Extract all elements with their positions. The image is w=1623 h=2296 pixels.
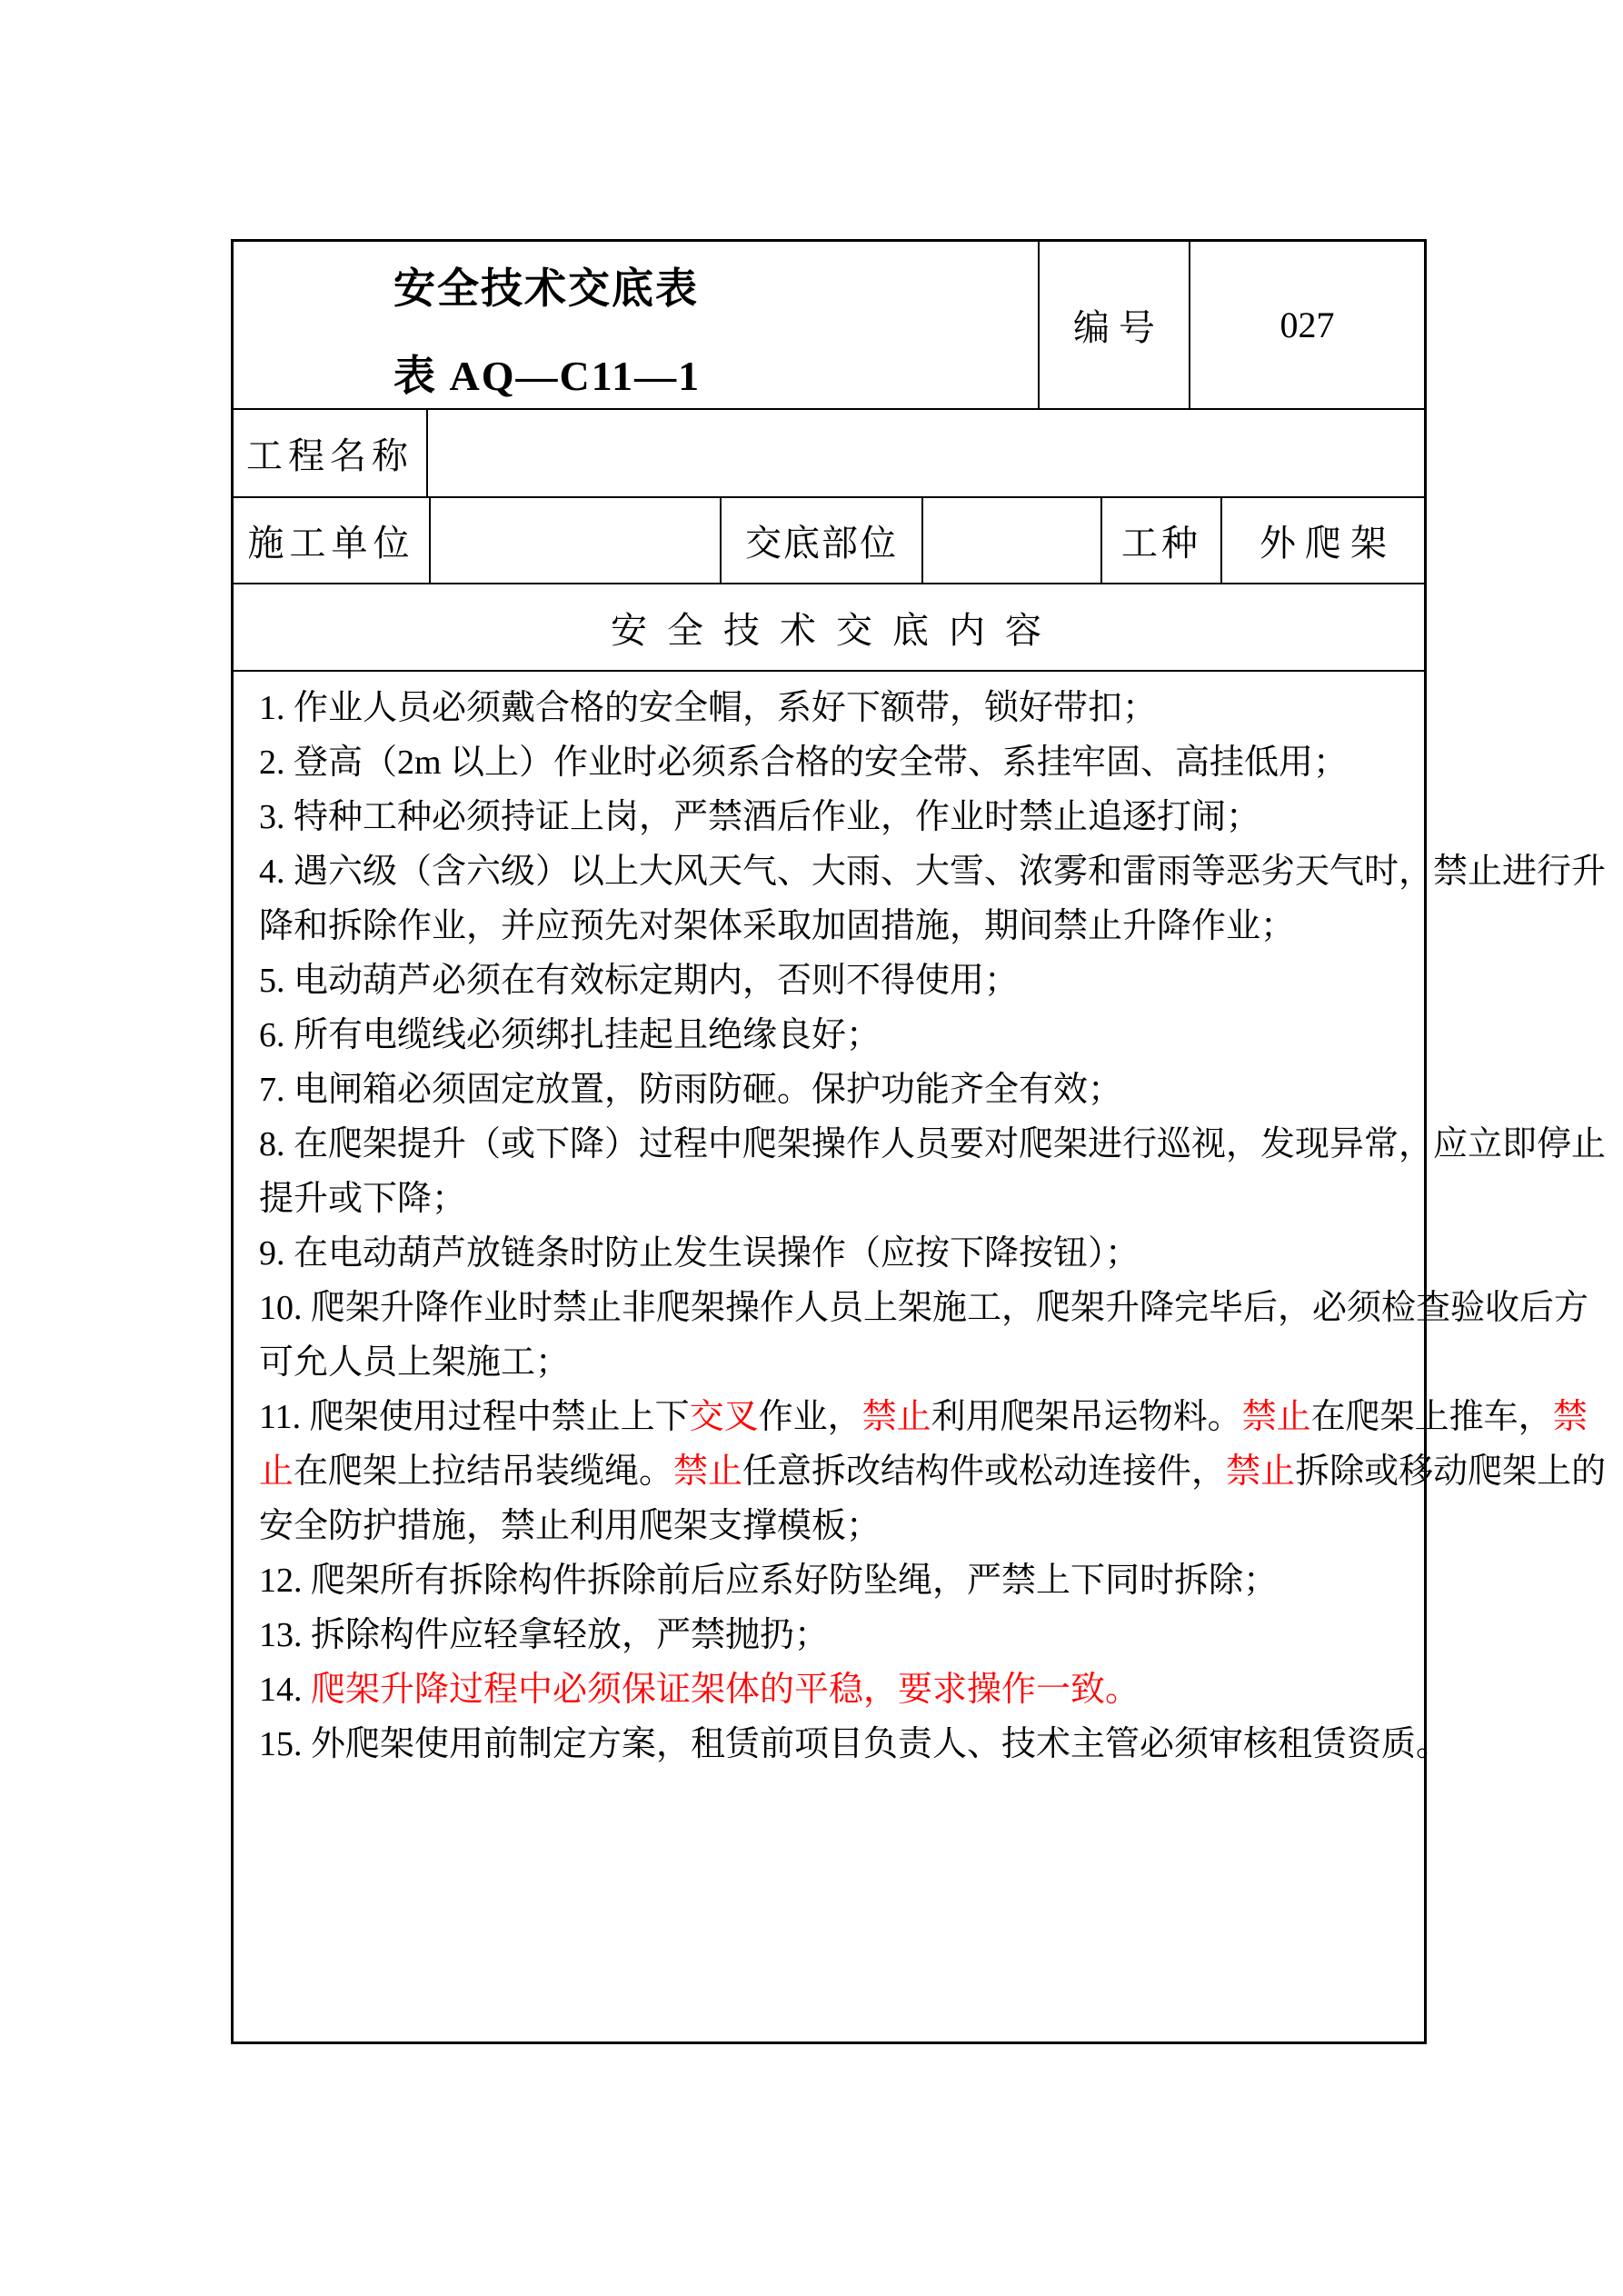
form-code: 表 AQ—C11—1 (393, 349, 701, 404)
content-line: 6. 所有电缆线必须绑扎挂起且绝缘良好； (259, 1008, 1606, 1063)
content-line: 9. 在电动葫芦放链条时防止发生误操作（应按下降按钮）； (259, 1226, 1606, 1281)
content-line: 8. 在爬架提升（或下降）过程中爬架操作人员要对爬架进行巡视，发现异常，应立即停… (259, 1117, 1606, 1172)
content-line: 止在爬架上拉结吊装缆绳。禁止任意拆改结构件或松动连接件，禁止拆除或移动爬架上的 (259, 1444, 1606, 1499)
content-line: 安全防护措施，禁止利用爬架支撑模板； (259, 1499, 1606, 1553)
form-title-cell: 安全技术交底表 表 AQ—C11—1 (234, 242, 1040, 408)
safety-disclosure-form: 安全技术交底表 表 AQ—C11—1 编 号 027 工程名称 施工单位 交底部… (231, 239, 1427, 2044)
project-name-value-cell (428, 410, 1424, 496)
work-type-label: 工种 (1102, 498, 1222, 583)
content-row: 1. 作业人员必须戴合格的安全帽，系好下额带，锁好带扣；2. 登高（2m 以上）… (234, 672, 1424, 2041)
content-line: 可允人员上架施工； (259, 1335, 1606, 1390)
contractor-row: 施工单位 交底部位 工种 外 爬 架 (234, 498, 1424, 584)
content-line: 15. 外爬架使用前制定方案，租赁前项目负责人、技术主管必须审核租赁资质。 (259, 1717, 1606, 1772)
content-line: 13. 拆除构件应轻拿轻放，严禁抛扔； (259, 1608, 1606, 1662)
section-header: 安 全 技 术 交 底 内 容 (234, 584, 1424, 670)
content-line: 10. 爬架升降作业时禁止非爬架操作人员上架施工，爬架升降完毕后，必须检查验收后… (259, 1281, 1606, 1335)
title-row: 安全技术交底表 表 AQ—C11—1 编 号 027 (234, 242, 1424, 410)
number-label: 编 号 (1040, 242, 1190, 408)
content-line: 2. 登高（2m 以上）作业时必须系合格的安全带、系挂牢固、高挂低用； (259, 735, 1606, 790)
content-line: 降和拆除作业，并应预先对架体采取加固措施，期间禁止升降作业； (259, 899, 1606, 953)
contractor-value-cell (431, 498, 722, 583)
project-name-row: 工程名称 (234, 410, 1424, 498)
content-line: 提升或下降； (259, 1172, 1606, 1226)
content-line: 12. 爬架所有拆除构件拆除前后应系好防坠绳，严禁上下同时拆除； (259, 1553, 1606, 1608)
project-name-label: 工程名称 (234, 410, 428, 496)
disclosure-part-value-cell (923, 498, 1102, 583)
content-line: 14. 爬架升降过程中必须保证架体的平稳，要求操作一致。 (259, 1662, 1606, 1717)
content-line: 3. 特种工种必须持证上岗，严禁酒后作业，作业时禁止追逐打闹； (259, 790, 1606, 844)
disclosure-part-label: 交底部位 (722, 498, 923, 583)
number-value: 027 (1190, 242, 1424, 408)
content-line: 1. 作业人员必须戴合格的安全帽，系好下额带，锁好带扣； (259, 681, 1606, 735)
content-lines: 1. 作业人员必须戴合格的安全帽，系好下额带，锁好带扣；2. 登高（2m 以上）… (234, 672, 1623, 2041)
work-type-value: 外 爬 架 (1222, 498, 1424, 583)
content-line: 4. 遇六级（含六级）以上大风天气、大雨、大雪、浓雾和雷雨等恶劣天气时，禁止进行… (259, 844, 1606, 899)
content-line: 7. 电闸箱必须固定放置，防雨防砸。保护功能齐全有效； (259, 1063, 1606, 1117)
contractor-label: 施工单位 (234, 498, 431, 583)
form-title: 安全技术交底表 (393, 262, 699, 316)
content-line: 5. 电动葫芦必须在有效标定期内，否则不得使用； (259, 953, 1606, 1008)
content-line: 11. 爬架使用过程中禁止上下交叉作业，禁止利用爬架吊运物料。禁止在爬架上推车，… (259, 1390, 1606, 1444)
section-header-row: 安 全 技 术 交 底 内 容 (234, 584, 1424, 672)
